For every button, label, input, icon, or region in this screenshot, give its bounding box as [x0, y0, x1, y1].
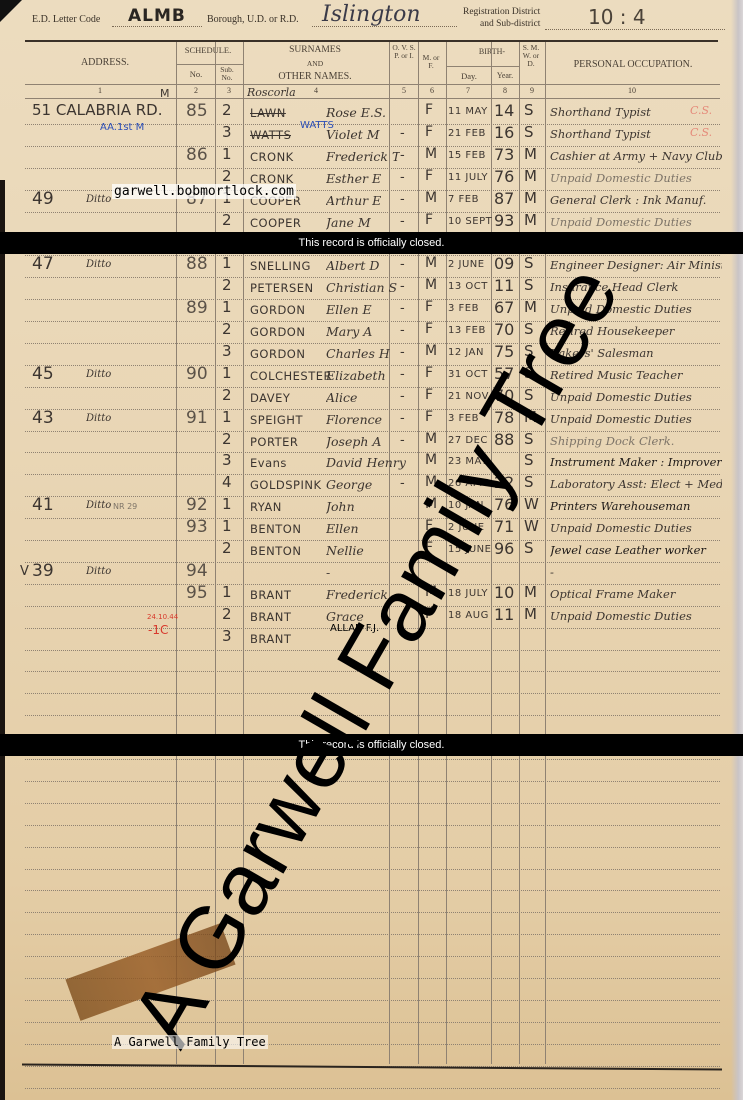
ovspl-mark: - — [400, 257, 405, 272]
surname: SPEIGHT — [250, 413, 303, 427]
col-address: ADDRESS. — [40, 58, 170, 69]
schedule-sub-number: 2 — [222, 276, 232, 294]
schedule-number: 86 — [186, 145, 208, 165]
forename: Violet M — [326, 127, 380, 142]
marital-status: M — [524, 167, 537, 185]
schedule-sub-number: 3 — [222, 123, 232, 141]
forename: Joseph A — [326, 434, 381, 449]
address-prefix: V — [20, 564, 29, 579]
row-line — [25, 496, 720, 497]
ovspl-mark: - — [400, 170, 405, 185]
col-schedule-sub: Sub. No. — [215, 66, 239, 82]
address-note: NR 29 — [113, 502, 137, 511]
forename: George — [326, 477, 372, 492]
address-ditto: Ditto — [86, 194, 111, 205]
col-sex: M. or F. — [420, 54, 442, 70]
forename: David Henry — [326, 455, 406, 470]
ovspl-mark: - — [400, 279, 405, 294]
footer-rule — [22, 1064, 722, 1071]
ovspl-mark: - — [400, 411, 405, 426]
row-line — [25, 212, 720, 213]
sex: M — [425, 190, 437, 206]
watermark-footer: A Garwell Family Tree — [112, 1035, 268, 1049]
surname: GOLDSPINK — [250, 478, 322, 492]
column-number: 3 — [219, 87, 239, 95]
surname: CRONK — [250, 150, 294, 164]
marital-status: M — [524, 583, 537, 601]
birth-year: 93 — [494, 211, 514, 230]
marital-status: S — [524, 123, 534, 141]
birth-day: 21 FEB — [448, 128, 486, 139]
row-line — [25, 1088, 720, 1089]
surname: PETERSEN — [250, 281, 314, 295]
occupation-note: C.S. — [690, 104, 712, 117]
column-number: 5 — [394, 87, 414, 95]
row-line — [25, 409, 720, 410]
registration-label-1: Registration District — [463, 7, 540, 17]
forename: Rose E.S. — [326, 105, 386, 120]
birth-year: 73 — [494, 145, 514, 164]
address-ditto: Ditto — [86, 369, 111, 380]
header-line — [446, 66, 519, 67]
marital-status: M — [524, 605, 537, 623]
schedule-sub-number: 1 — [222, 408, 232, 426]
row-line — [25, 431, 720, 432]
schedule-sub-number: 1 — [222, 517, 232, 535]
house-number: 47 — [32, 254, 54, 274]
row-line — [25, 343, 720, 344]
house-number: 39 — [32, 561, 54, 581]
address-ditto: Ditto — [86, 566, 111, 577]
forename: Mary A — [326, 324, 372, 339]
occupation: Optical Frame Maker — [550, 587, 722, 601]
schedule-sub-number: 2 — [222, 430, 232, 448]
col-birth-year: Year. — [492, 72, 518, 80]
surname: LAWN — [250, 106, 286, 120]
ovspl-mark: - — [400, 126, 405, 141]
header-line — [176, 64, 243, 65]
column-number: 1 — [90, 87, 110, 95]
surname: GORDON — [250, 347, 305, 361]
ovspl-mark: - — [400, 148, 405, 163]
schedule-sub-number: 2 — [222, 167, 232, 185]
birth-day: 12 JAN — [448, 347, 484, 358]
schedule-number: 95 — [186, 583, 208, 603]
registration-district: 10 : 4 — [588, 5, 646, 29]
row-line — [25, 912, 720, 913]
schedule-sub-number: 2 — [222, 386, 232, 404]
sex: F — [425, 102, 433, 118]
col-schedule: SCHEDULE. — [176, 46, 240, 55]
occupation: Printers Warehouseman — [550, 499, 722, 513]
ovspl-mark: - — [400, 345, 405, 360]
schedule-sub-number: 2 — [222, 605, 232, 623]
birth-year: 16 — [494, 123, 514, 142]
row-line — [25, 825, 720, 826]
forename: Frederick T — [326, 149, 400, 164]
row-line — [25, 168, 720, 169]
ovspl-mark: - — [400, 214, 405, 229]
schedule-number: 93 — [186, 517, 208, 537]
surname: BENTON — [250, 522, 301, 536]
forename: Arthur E — [326, 193, 381, 208]
surname: GORDON — [250, 325, 305, 339]
forename: Nellie — [326, 543, 364, 558]
watermark-url: garwell.bobmortlock.com — [112, 184, 296, 199]
address-note-red: -1C — [148, 623, 168, 637]
occupation: Unpaid Domestic Duties — [550, 609, 722, 623]
sex: F — [425, 321, 433, 337]
surname: SNELLING — [250, 259, 311, 273]
col-surnames-and: AND — [245, 60, 385, 68]
sex: M — [425, 343, 437, 359]
schedule-sub-number: 2 — [222, 320, 232, 338]
forename: Charles H — [326, 346, 390, 361]
forename: Florence — [326, 412, 382, 427]
occupation: Cashier at Army + Navy Club. — [550, 149, 722, 163]
surname: Evans — [250, 456, 287, 470]
dotted-line — [545, 29, 725, 30]
occupation: Unpaid Domestic Duties — [550, 215, 722, 229]
schedule-sub-number: 1 — [222, 254, 232, 272]
grid-column-line — [545, 42, 546, 1064]
sex: F — [425, 387, 433, 403]
row-line — [25, 847, 720, 848]
column-number: 7 — [458, 87, 478, 95]
address: 51 CALABRIA RD. — [32, 101, 162, 119]
address-note-red: 24.10.44 — [147, 613, 178, 621]
schedule-number: 91 — [186, 408, 208, 428]
marital-status: S — [524, 101, 534, 119]
register-page: E.D. Letter Code ALMB Borough, U.D. or R… — [0, 0, 743, 1100]
birth-day: 11 JULY — [448, 172, 488, 183]
column-number: 4 — [306, 87, 326, 95]
birth-year: 11 — [494, 276, 514, 295]
marital-status: W — [524, 495, 539, 513]
ed-letter-code-label: E.D. Letter Code — [32, 14, 100, 25]
address-ditto: Ditto — [86, 500, 111, 511]
surname: COOPER — [250, 216, 301, 230]
marital-status: S — [524, 539, 534, 557]
row-line — [25, 146, 720, 147]
forename: Esther E — [326, 171, 381, 186]
ovspl-mark: - — [400, 301, 405, 316]
sex: F — [425, 124, 433, 140]
forename: Ellen — [326, 521, 359, 536]
birth-year: 87 — [494, 189, 514, 208]
header-line — [25, 84, 720, 85]
row-line — [25, 518, 720, 519]
surname: COLCHESTER — [250, 369, 332, 383]
page-right-edge — [731, 0, 743, 1100]
surname: RYAN — [250, 500, 282, 514]
schedule-sub-number: 2 — [222, 101, 232, 119]
birth-day: 3 FEB — [448, 303, 479, 314]
sex: M — [425, 277, 437, 293]
house-number: 49 — [32, 189, 54, 209]
column-number: 2 — [186, 87, 206, 95]
occupation: Laboratory Asst: Elect + Medical — [550, 477, 722, 491]
birth-day: 13 FEB — [448, 325, 486, 336]
col-marital: S. M. W. or D. — [520, 44, 542, 68]
ovspl-mark: - — [400, 433, 405, 448]
address-note-blue: AA.1st M — [100, 122, 144, 133]
surname: GORDON — [250, 303, 305, 317]
row-line — [25, 781, 720, 782]
borough-label: Borough, U.D. or R.D. — [207, 14, 299, 25]
page-left-edge — [0, 180, 5, 1100]
forename: Alice — [326, 390, 357, 405]
column-number: 8 — [495, 87, 515, 95]
ovspl-mark: - — [400, 476, 405, 491]
dotted-line — [112, 26, 202, 27]
row-line — [25, 365, 720, 366]
address-ditto: Ditto — [86, 413, 111, 424]
row-line — [25, 452, 720, 453]
column-number: 9 — [522, 87, 542, 95]
marital-status: M — [524, 211, 537, 229]
birth-day: 11 MAY — [448, 106, 488, 117]
schedule-sub-number: 1 — [222, 583, 232, 601]
schedule-sub-number: 2 — [222, 211, 232, 229]
col-occupation: PERSONAL OCCUPATION. — [548, 60, 718, 71]
header-rule — [25, 40, 718, 42]
sex: F — [425, 365, 433, 381]
schedule-sub-number: 3 — [222, 342, 232, 360]
schedule-number: 94 — [186, 561, 208, 581]
address-ditto: Ditto — [86, 259, 111, 270]
col-schedule-no: No. — [178, 70, 214, 79]
birth-year: 10 — [494, 583, 514, 602]
occupation: - — [550, 565, 722, 579]
forename: Elizabeth — [326, 368, 386, 383]
sex: F — [425, 212, 433, 228]
ovspl-mark: - — [400, 192, 405, 207]
birth-year: 09 — [494, 254, 514, 273]
sex: F — [425, 168, 433, 184]
forename: Christian S — [326, 280, 397, 295]
occupation: Shipping Dock Clerk. — [550, 434, 722, 448]
birth-day: 15 FEB — [448, 150, 486, 161]
registration-label-2: and Sub-district — [480, 19, 540, 29]
column-number: 10 — [622, 87, 642, 95]
row-line — [25, 869, 720, 870]
ovspl-mark: - — [400, 389, 405, 404]
row-line — [25, 277, 720, 278]
schedule-number: 89 — [186, 298, 208, 318]
row-line — [25, 934, 720, 935]
ed-letter-code: ALMB — [128, 6, 186, 26]
occupation: Instrument Maker : Improver — [550, 455, 722, 469]
schedule-number: 85 — [186, 101, 208, 121]
birth-day: 13 OCT — [448, 281, 488, 292]
occupation: Unpaid Domestic Duties — [550, 521, 722, 535]
register-header: E.D. Letter Code ALMB Borough, U.D. or R… — [0, 0, 743, 40]
surname: BRANT — [250, 610, 291, 624]
forename: Ellen E — [326, 302, 372, 317]
schedule-sub-number: 2 — [222, 539, 232, 557]
sex: M — [425, 431, 437, 447]
row-line — [25, 890, 720, 891]
surname: BENTON — [250, 544, 301, 558]
col-other-names: OTHER NAMES. — [245, 72, 385, 83]
sex: M — [425, 255, 437, 271]
birth-year: 76 — [494, 167, 514, 186]
marital-status: W — [524, 517, 539, 535]
sex: F — [425, 299, 433, 315]
marital-status: M — [524, 145, 537, 163]
birth-year: 14 — [494, 101, 514, 120]
col-surnames: SURNAMES — [245, 46, 385, 56]
occupation: General Clerk : Ink Manuf. — [550, 193, 722, 207]
column-number: 6 — [422, 87, 442, 95]
row-line — [25, 387, 720, 388]
house-number: 45 — [32, 364, 54, 384]
borough-value: Islington — [322, 2, 421, 27]
schedule-sub-number: 3 — [222, 627, 232, 645]
sex: F — [425, 409, 433, 425]
forename: John — [326, 499, 355, 514]
forename: - — [326, 565, 330, 580]
row-line — [25, 540, 720, 541]
header-line — [25, 98, 720, 99]
row-line — [25, 803, 720, 804]
surname: DAVEY — [250, 391, 290, 405]
occupation: Jewel case Leather worker — [550, 543, 722, 557]
schedule-sub-number: 1 — [222, 495, 232, 513]
col-ovspl: O. V. S. P. or I. — [391, 44, 417, 60]
birth-year: 11 — [494, 605, 514, 624]
birth-day: 2 JUNE — [448, 259, 485, 270]
surname: WATTS — [250, 128, 291, 142]
occupation: Unpaid Domestic Duties — [550, 412, 722, 426]
occupation-note: C.S. — [690, 126, 712, 139]
row-line — [25, 255, 720, 256]
forename: Albert D — [326, 258, 379, 273]
col-birth-day: Day. — [448, 72, 490, 81]
occupation: Unpaid Domestic Duties — [550, 171, 722, 185]
ovspl-mark: - — [400, 367, 405, 382]
surname: BRANT — [250, 588, 291, 602]
schedule-number: 92 — [186, 495, 208, 515]
grid-column-line — [519, 42, 520, 1064]
schedule-number: 90 — [186, 364, 208, 384]
row-line — [25, 474, 720, 475]
surname: PORTER — [250, 435, 298, 449]
schedule-sub-number: 4 — [222, 473, 232, 491]
house-number: 41 — [32, 495, 54, 515]
forename: Jane M — [326, 215, 371, 230]
birth-day: 10 SEPT — [448, 216, 492, 227]
schedule-sub-number: 1 — [222, 145, 232, 163]
surname: BRANT — [250, 632, 291, 646]
birth-day: 7 FEB — [448, 194, 479, 205]
house-number: 43 — [32, 408, 54, 428]
schedule-number: 88 — [186, 254, 208, 274]
marital-status: S — [524, 254, 534, 272]
marital-status: M — [524, 189, 537, 207]
schedule-sub-number: 3 — [222, 451, 232, 469]
schedule-sub-number: 1 — [222, 298, 232, 316]
sex: M — [425, 146, 437, 162]
closed-record-banner: This record is officially closed. — [0, 232, 743, 254]
ovspl-mark: - — [400, 323, 405, 338]
schedule-sub-number: 1 — [222, 364, 232, 382]
